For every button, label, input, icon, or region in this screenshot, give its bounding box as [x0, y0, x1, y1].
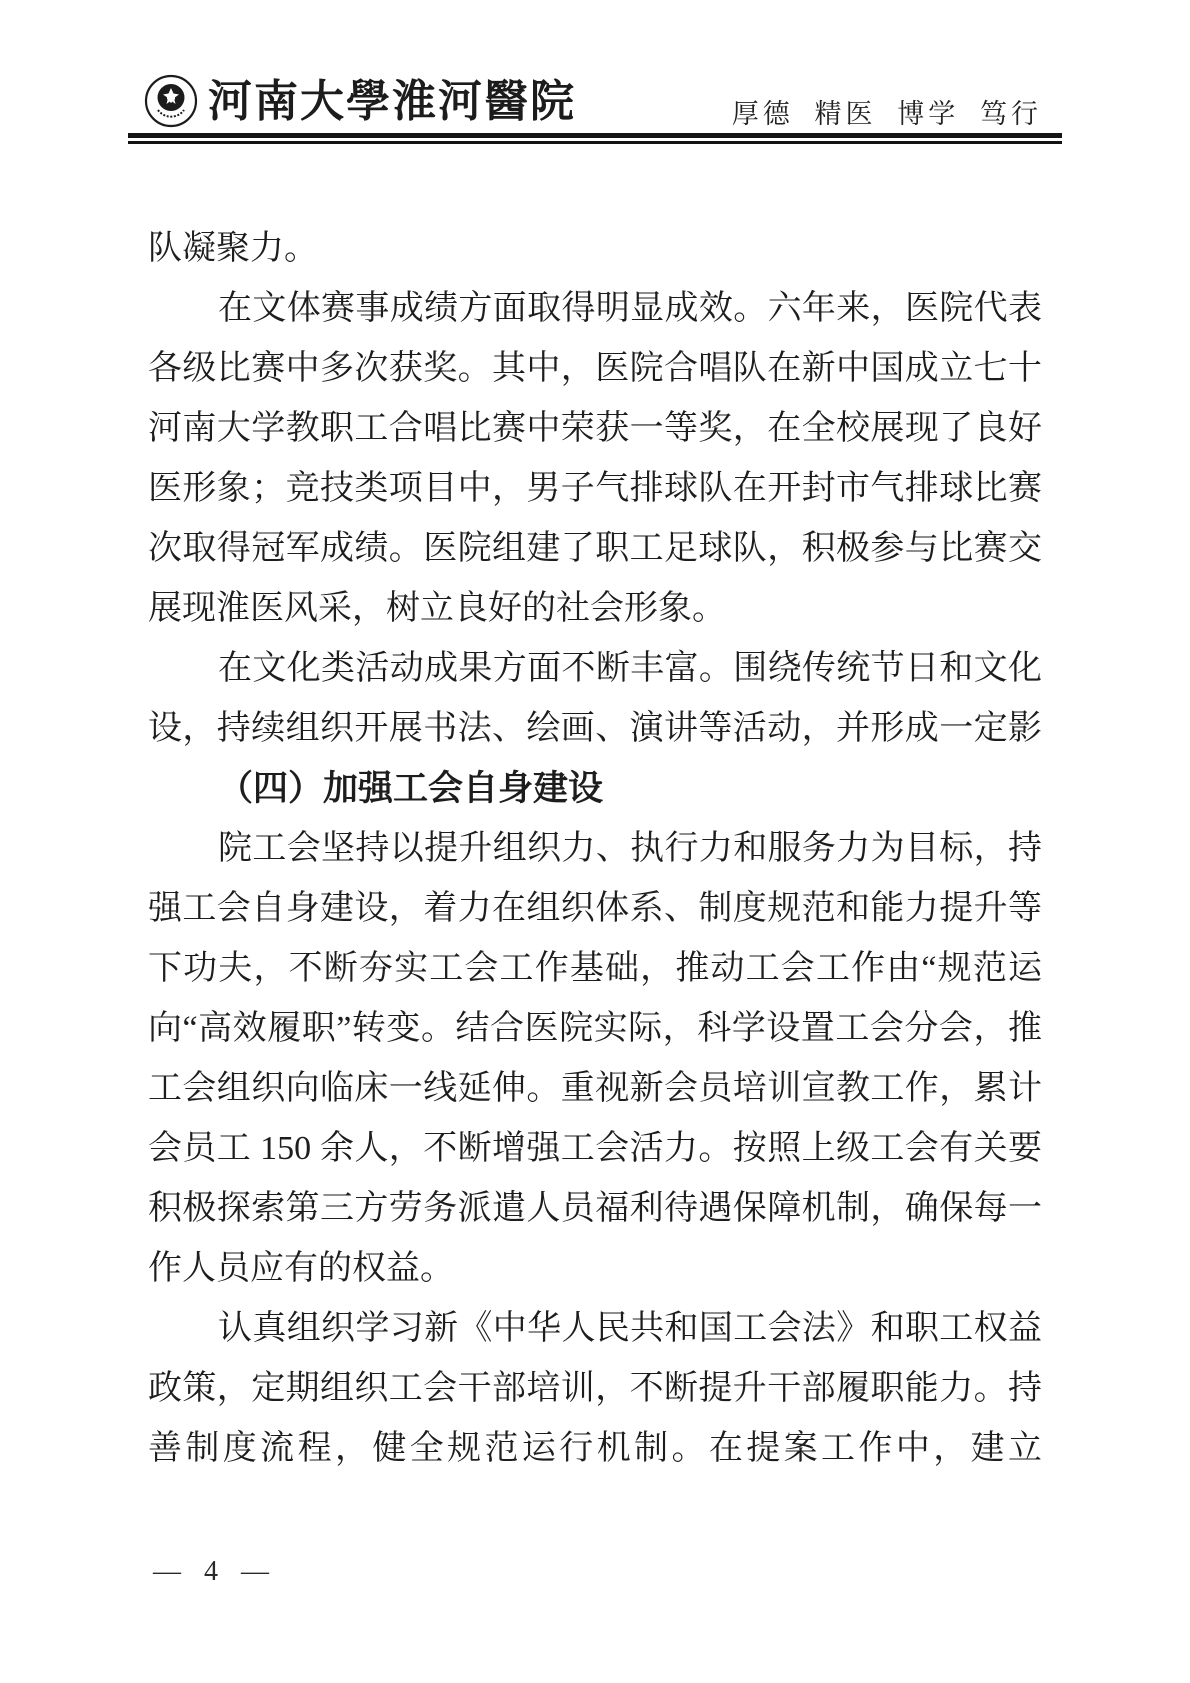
body-line: 医形象；竞技类项目中，男子气排球队在开封市气排球比赛中多: [148, 459, 1042, 519]
hospital-name-title: 河南大學淮河醫院: [208, 74, 588, 130]
hospital-motto: 厚德 精医 博学 笃行: [732, 92, 1042, 131]
page-number: — 4 —: [153, 1556, 277, 1588]
header-double-rule: [128, 133, 1062, 144]
body-line: 各级比赛中多次获奖。其中，医院合唱队在新中国成立七十周年: [148, 339, 1042, 399]
body-line: 在文体赛事成绩方面取得明显成效。六年来，医院代表队在: [148, 279, 1042, 339]
body-line: 善制度流程，健全规范运行机制。在提案工作中，建立了“征集: [148, 1419, 1042, 1479]
body-line: 作人员应有的权益。: [148, 1239, 1042, 1299]
section-heading: （四）加强工会自身建设: [148, 759, 1042, 819]
body-line: 设，持续组织开展书法、绘画、演讲等活动，并形成一定影响力。: [148, 699, 1042, 759]
body-line: 队凝聚力。: [148, 219, 1042, 279]
body-line: 政策，定期组织工会干部培训，不断提升干部履职能力。持续完: [148, 1359, 1042, 1419]
body-line: 次取得冠军成绩。医院组建了职工足球队，积极参与比赛交流，: [148, 519, 1042, 579]
body-line: 院工会坚持以提升组织力、执行力和服务力为目标，持续加: [148, 819, 1042, 879]
hospital-seal-icon: [144, 74, 198, 128]
document-body: 队凝聚力。 在文体赛事成绩方面取得明显成效。六年来，医院代表队在 各级比赛中多次…: [148, 219, 1042, 1479]
body-line: 强工会自身建设，着力在组织体系、制度规范和能力提升等方面: [148, 879, 1042, 939]
body-line: 积极探索第三方劳务派遣人员福利待遇保障机制，确保每一位工: [148, 1179, 1042, 1239]
body-line: 会员工 150 余人，不断增强工会活力。按照上级工会有关要求，: [148, 1119, 1042, 1179]
body-line: 展现淮医风采，树立良好的社会形象。: [148, 579, 1042, 639]
document-page: 河南大學淮河醫院 厚德 精医 博学 笃行 队凝聚力。 在文体赛事成绩方面取得明显…: [0, 0, 1190, 1683]
body-line: 认真组织学习新《中华人民共和国工会法》和职工权益保障: [148, 1299, 1042, 1359]
body-line: 下功夫，不断夯实工会工作基础，推动工会工作由“规范运行”: [148, 939, 1042, 999]
body-line: 工会组织向临床一线延伸。重视新会员培训宣教工作，累计新入: [148, 1059, 1042, 1119]
body-line: 在文化类活动成果方面不断丰富。围绕传统节日和文化建: [148, 639, 1042, 699]
body-line: 向“高效履职”转变。结合医院实际，科学设置工会分会，推动: [148, 999, 1042, 1059]
body-line: 河南大学教职工合唱比赛中荣获一等奖，在全校展现了良好的淮: [148, 399, 1042, 459]
